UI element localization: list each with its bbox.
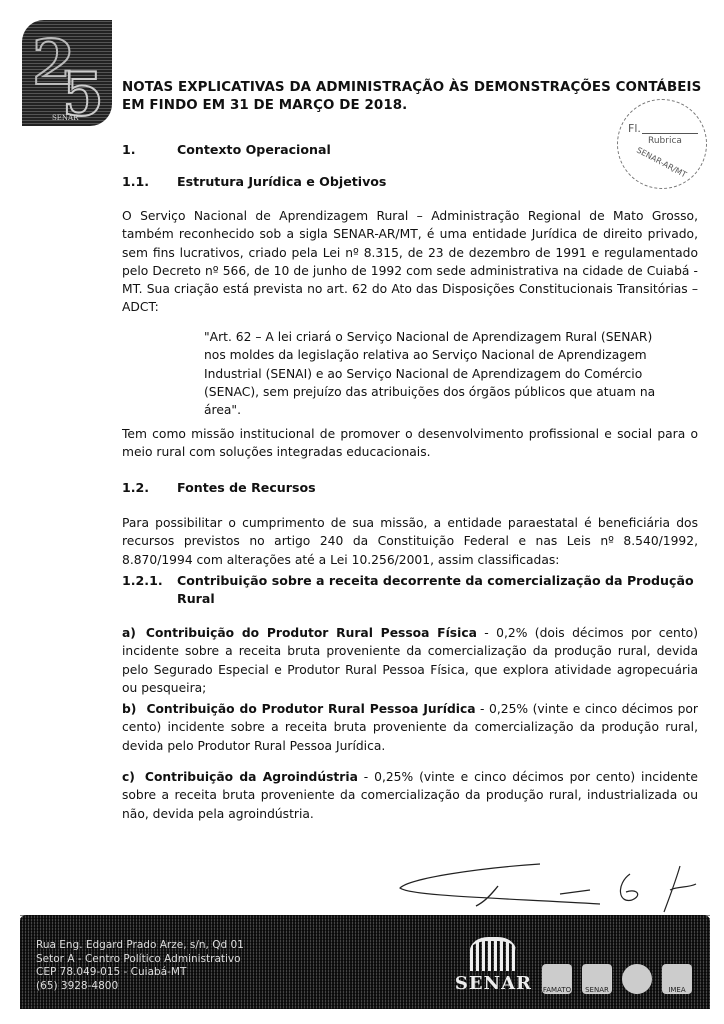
footer-logos: SENAR FAMATO SENAR IMEA	[455, 937, 692, 994]
imea-logo: IMEA	[662, 964, 692, 994]
stamp-line	[642, 133, 698, 134]
heading-number: 1.2.	[122, 480, 149, 495]
page-stamp: Fl. Rubrica SENAR-AR/MT	[617, 99, 707, 189]
heading-text: Estrutura Jurídica e Objetivos	[177, 174, 386, 189]
address-line: CEP 78.049-015 - Cuiabá-MT	[36, 966, 244, 980]
address-line: Rua Eng. Edgard Prado Arze, s/n, Qd 01	[36, 939, 244, 953]
heading-text-line-2: Rural	[177, 590, 215, 608]
seal-logo-icon	[622, 964, 652, 994]
heading-number: 1.	[122, 142, 136, 157]
heading-text: Fontes de Recursos	[177, 480, 316, 495]
footer-address: Rua Eng. Edgard Prado Arze, s/n, Qd 01 S…	[36, 939, 244, 993]
footer-banner: Rua Eng. Edgard Prado Arze, s/n, Qd 01 S…	[20, 915, 710, 1009]
item-title: Contribuição da Agroindústria	[145, 770, 358, 784]
list-item-b: b)Contribuição do Produtor Rural Pessoa …	[122, 700, 698, 755]
senar-eagle-logo: SENAR	[582, 964, 612, 994]
item-marker: c)	[122, 770, 135, 784]
heading-number: 1.1.	[122, 174, 149, 189]
item-marker: b)	[122, 702, 136, 716]
stamp-org: SENAR-AR/MT	[635, 146, 688, 180]
document-title: NOTAS EXPLICATIVAS DA ADMINISTRAÇÃO ÀS D…	[122, 79, 701, 115]
item-marker: a)	[122, 626, 136, 640]
signature-marks	[380, 860, 710, 915]
logo-label: SENAR	[52, 114, 78, 122]
title-line-1: NOTAS EXPLICATIVAS DA ADMINISTRAÇÃO ÀS D…	[122, 79, 701, 97]
address-phone: (65) 3928-4800	[36, 980, 244, 994]
heading-text: Contexto Operacional	[177, 142, 331, 157]
list-item-c: c)Contribuição da Agroindústria - 0,25% …	[122, 768, 698, 823]
heading-number: 1.2.1.	[122, 572, 163, 590]
item-title: Contribuição do Produtor Rural Pessoa Ju…	[146, 702, 475, 716]
senar-wheat-icon	[470, 937, 516, 971]
senar-logo-text: SENAR	[455, 973, 532, 994]
famato-logo: FAMATO	[542, 964, 572, 994]
paragraph-context: O Serviço Nacional de Aprendizagem Rural…	[122, 207, 698, 317]
blockquote-art-62: "Art. 62 – A lei criará o Serviço Nacion…	[204, 328, 674, 419]
title-line-2: EM FINDO EM 31 DE MARÇO DE 2018.	[122, 97, 701, 115]
senar-logo: SENAR	[455, 937, 532, 994]
heading-text-line-1: Contribuição sobre a receita decorrente …	[177, 572, 694, 590]
paragraph-mission: Tem como missão institucional de promove…	[122, 425, 698, 462]
stamp-rubrica: Rubrica	[648, 136, 682, 146]
senar-25-years-logo: 2 5 SENAR	[22, 20, 112, 126]
stamp-folio: Fl.	[628, 122, 641, 135]
list-item-a: a)Contribuição do Produtor Rural Pessoa …	[122, 624, 698, 697]
item-title: Contribuição do Produtor Rural Pessoa Fí…	[146, 626, 477, 640]
paragraph-sources: Para possibilitar o cumprimento de sua m…	[122, 514, 698, 569]
address-line: Setor A - Centro Político Administrativo	[36, 953, 244, 967]
